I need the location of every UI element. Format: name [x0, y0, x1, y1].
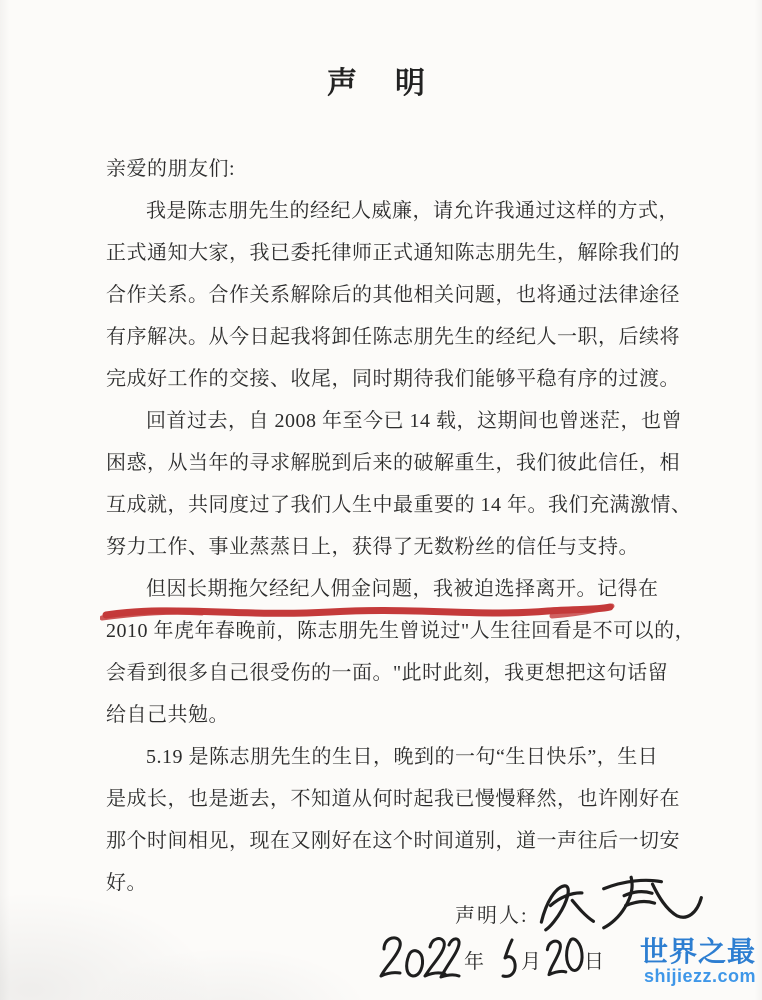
paragraph-line: 互成就，共同度过了我们人生中最重要的 14 年。我们充满激情、 [106, 484, 650, 526]
month-suffix-label: 月 [521, 945, 542, 984]
paragraph-line: 有序解决。从今日起我将卸任陈志朋先生的经纪人一职，后续将 [106, 316, 650, 358]
date-row: 2022 年 5 月 20 日 [378, 928, 605, 984]
paragraph-line: 5.19 是陈志朋先生的生日，晚到的一句“生日快乐”，生日 [106, 736, 650, 778]
letter-body: 亲爱的朋友们: 我是陈志朋先生的经纪人威廉，请允许我通过这样的方式， 正式通知大… [106, 148, 650, 904]
paragraph-line: 那个时间相见，现在又刚好在这个时间道别，道一声往后一切安 [106, 820, 650, 862]
paragraph-line: 完成好工作的交接、收尾，同时期待我们能够平稳有序的过渡。 [106, 358, 650, 400]
watermark-url: shijiezz.com [640, 967, 756, 985]
paragraph-line: 努力工作、事业蒸蒸日上，获得了无数粉丝的信任与支持。 [106, 526, 650, 568]
handwritten-day-icon [542, 930, 587, 980]
salutation: 亲爱的朋友们: [106, 148, 650, 190]
paragraph-line-highlighted: 但因长期拖欠经纪人佣金问题，我被迫选择离开。记得在 [106, 568, 650, 610]
signature-label: 声明人: [455, 899, 529, 928]
page-title: 声 明 [106, 58, 650, 102]
year-suffix-label: 年 [464, 945, 485, 984]
watermark-logo: 世界之最 [640, 938, 756, 967]
handwritten-month-icon [499, 936, 519, 980]
paragraph-line: 2010 年虎年春晚前，陈志朋先生曾说过"人生往回看是不可以的， [106, 610, 650, 652]
paragraph-line: 困惑，从当年的寻求解脱到后来的破解重生，我们彼此信任，相 [106, 442, 650, 484]
paragraph-line: 给自己共勉。 [106, 694, 650, 736]
signature-autograph-icon [531, 870, 706, 937]
paragraph-line: 会看到很多自己很受伤的一面。"此时此刻，我更想把这句话留 [106, 652, 650, 694]
watermark: 世界之最 shijiezz.com [640, 938, 756, 985]
statement-document: 声 明 亲爱的朋友们: 我是陈志朋先生的经纪人威廉，请允许我通过这样的方式， 正… [0, 0, 762, 1000]
paragraph-line: 正式通知大家，我已委托律师正式通知陈志朋先生，解除我们的 [106, 232, 650, 274]
handwritten-year-icon [378, 928, 462, 984]
paragraph-line: 回首过去，自 2008 年至今已 14 载，这期间也曾迷茫，也曾 [106, 400, 650, 442]
paragraph-line: 合作关系。合作关系解除后的其他相关问题，也将通过法律途径 [106, 274, 650, 316]
paragraph-line-text: 但因长期拖欠经纪人佣金问题，我被迫选择离开。记得在 [146, 578, 659, 600]
paragraph-line: 我是陈志朋先生的经纪人威廉，请允许我通过这样的方式， [106, 190, 650, 232]
paragraph-line: 是成长，也是逝去，不知道从何时起我已慢慢释然，也许刚好在 [106, 778, 650, 820]
day-suffix-label: 日 [584, 945, 605, 984]
